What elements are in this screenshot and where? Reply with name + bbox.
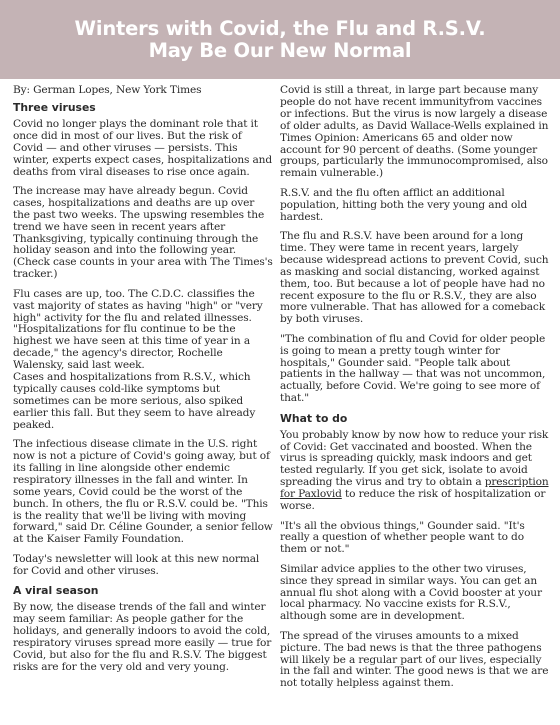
paragraph: Cases and hospitalizations from R.S.V., … <box>13 372 273 432</box>
section-heading-viral-season: A viral season <box>13 585 273 597</box>
article-right-column: Covid is still a threat, in large part b… <box>280 85 552 698</box>
paragraph: Today's newsletter will look at this new… <box>13 554 273 578</box>
paragraph: "It's all the obvious things," Gounder s… <box>280 521 552 557</box>
paragraph: Flu cases are up, too. The C.D.C. classi… <box>13 289 273 372</box>
paragraph: Similar advice applies to the other two … <box>280 564 552 624</box>
paragraph: By now, the disease trends of the fall a… <box>13 602 273 673</box>
page-title-line-2: May Be Our New Normal <box>149 40 412 62</box>
paragraph: Covid is still a threat, in large part b… <box>280 85 552 180</box>
paragraph: "The combination of flu and Covid for ol… <box>280 334 552 405</box>
paragraph: Covid no longer plays the dominant role … <box>13 119 273 179</box>
article-left-column: By: German Lopes, New York Times Three v… <box>13 85 273 681</box>
paragraph-with-link: You probably know by now how to reduce y… <box>280 430 552 513</box>
section-heading-what-to-do: What to do <box>280 413 552 425</box>
paragraph: The flu and R.S.V. have been around for … <box>280 231 552 326</box>
paragraph: The increase may have already begun. Cov… <box>13 186 273 281</box>
paragraph: The infectious disease climate in the U.… <box>13 439 273 546</box>
paragraph: R.S.V. and the flu often afflict an addi… <box>280 188 552 224</box>
title-banner: Winters with Covid, the Flu and R.S.V. M… <box>0 0 560 79</box>
byline: By: German Lopes, New York Times <box>13 85 273 97</box>
page-title-line-1: Winters with Covid, the Flu and R.S.V. <box>75 18 486 40</box>
section-heading-three-viruses: Three viruses <box>13 102 273 114</box>
paragraph: The spread of the viruses amounts to a m… <box>280 631 552 691</box>
